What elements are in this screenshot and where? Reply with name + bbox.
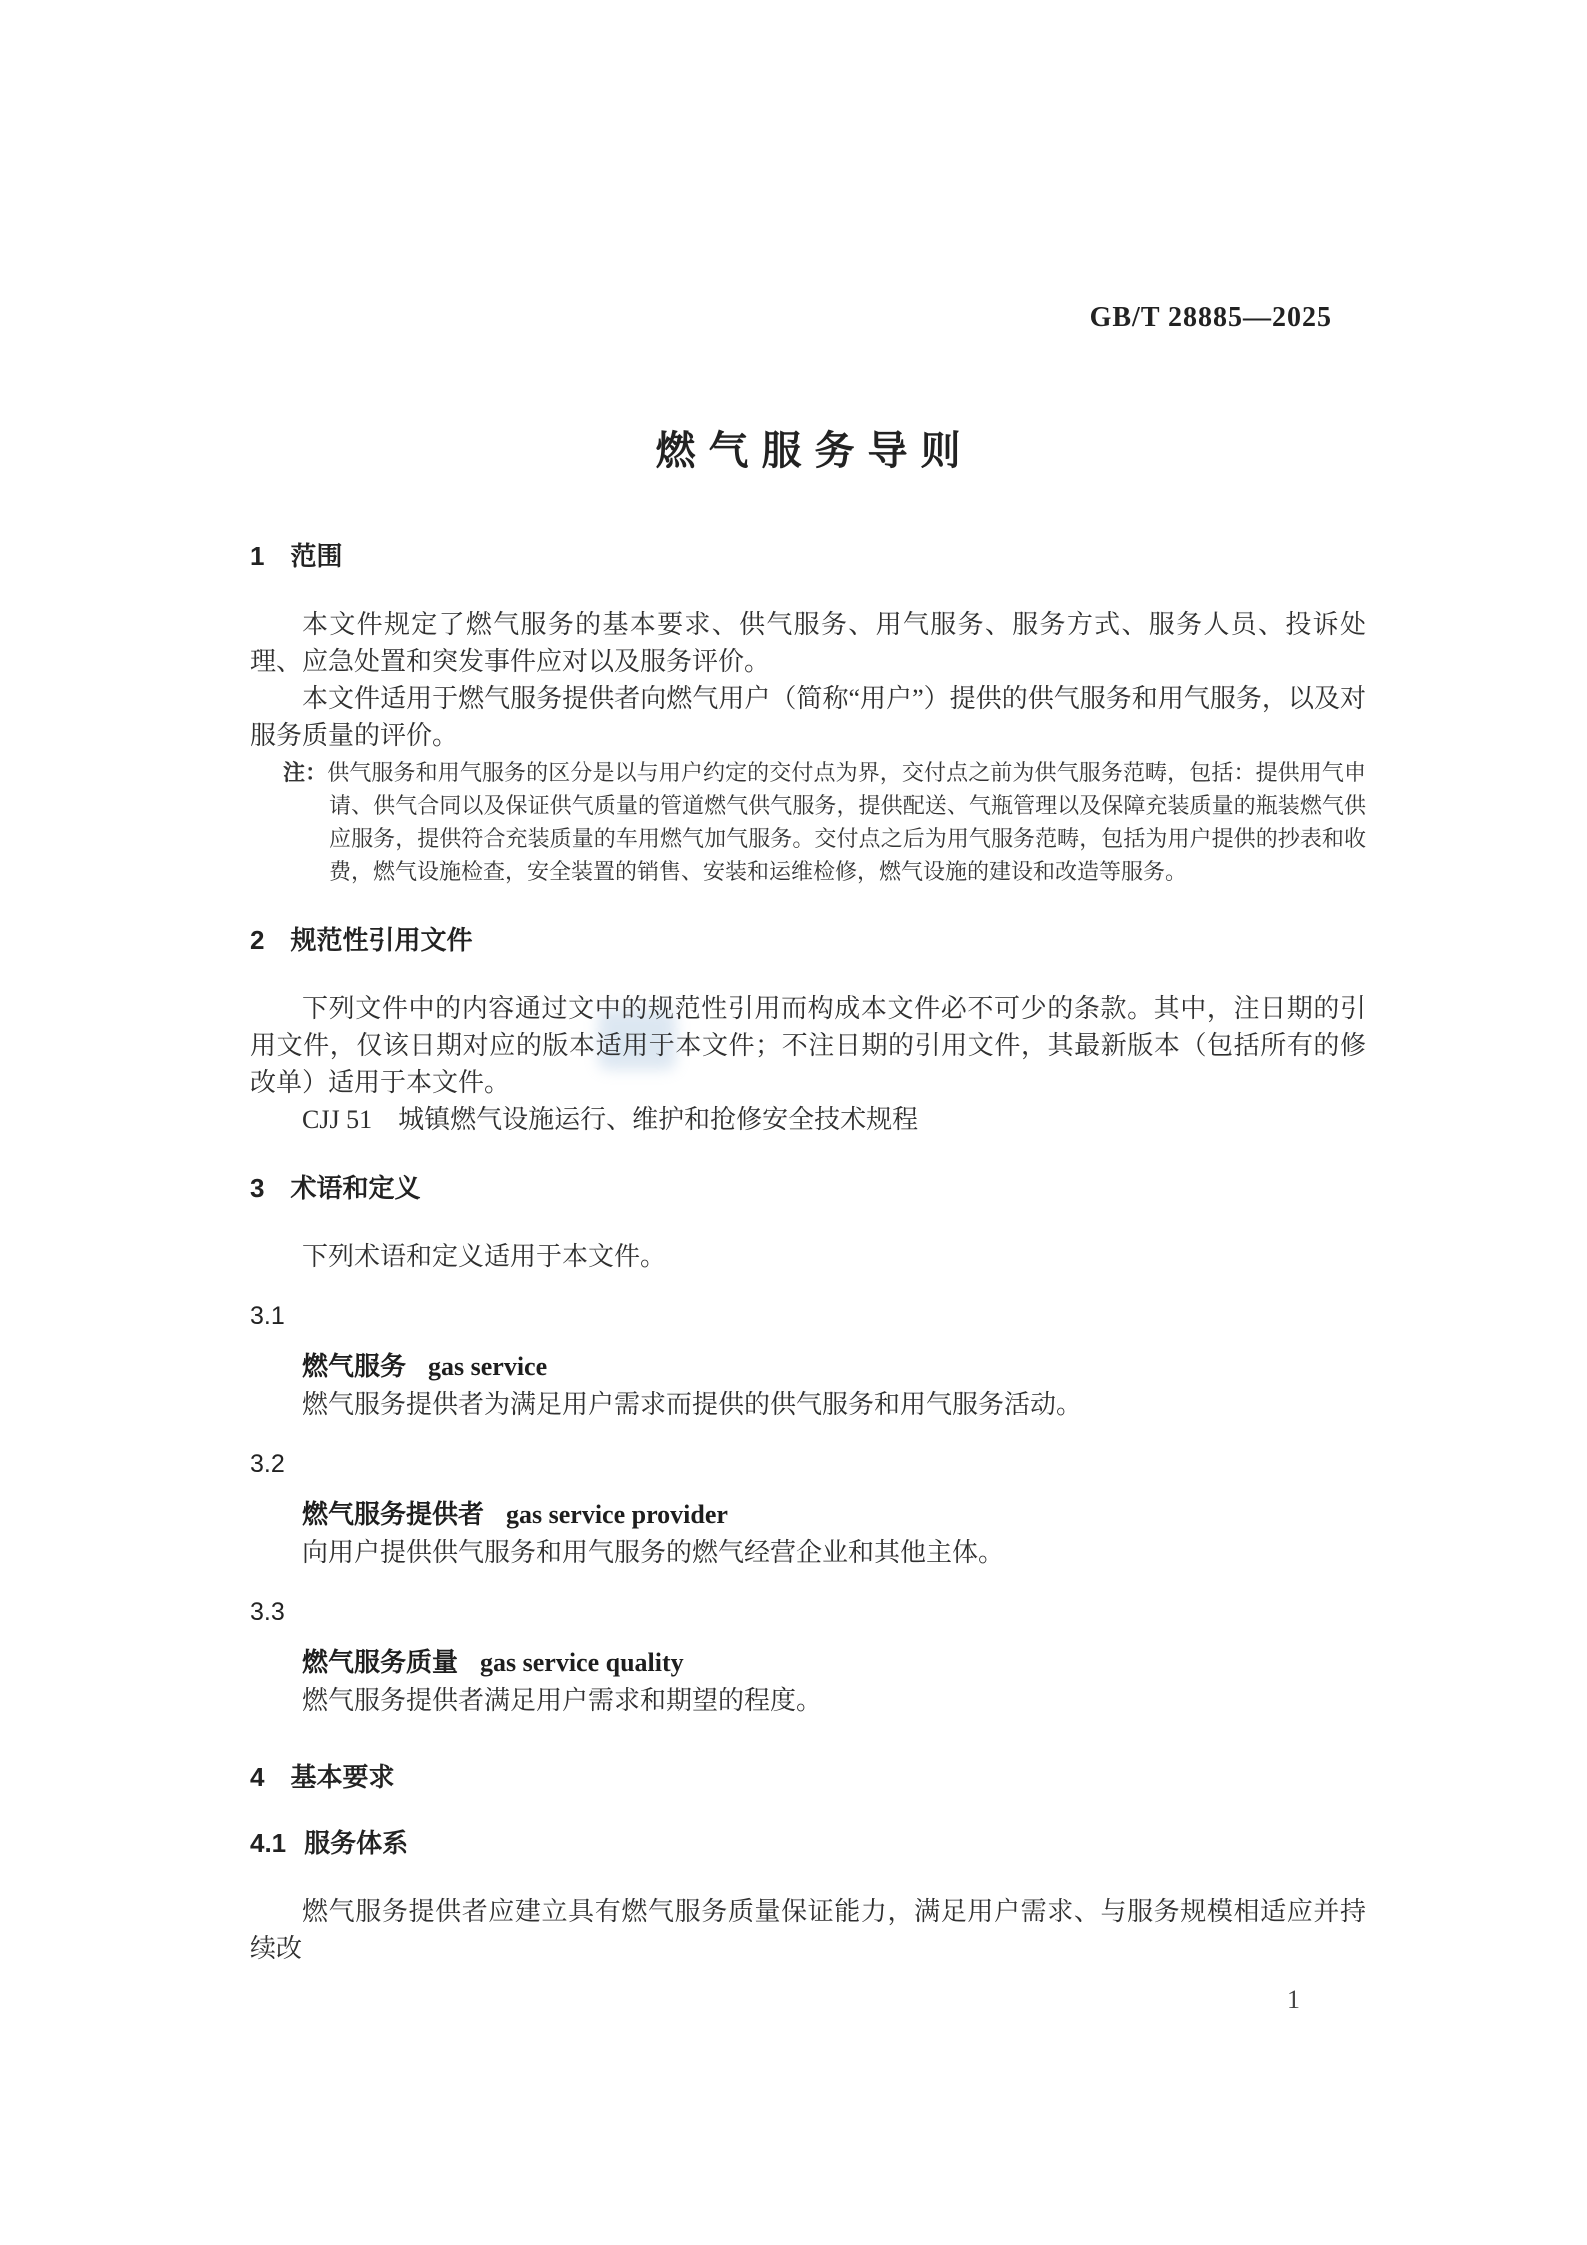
term-3-1-name-zh: 燃气服务: [302, 1351, 406, 1381]
document-page: GB/T 28885—2025 燃气服务导则 1范围 本文件规定了燃气服务的基本…: [0, 0, 1587, 2245]
section-1-number: 1: [250, 538, 264, 574]
term-3-1-number: 3.1: [250, 1299, 1366, 1333]
section-3-heading: 3术语和定义: [250, 1170, 1366, 1206]
service-system-paragraph: 燃气服务提供者应建立具有燃气服务质量保证能力，满足用户需求、与服务规模相适应并持…: [250, 1893, 1366, 1967]
term-3-3-name-zh: 燃气服务质量: [302, 1647, 458, 1677]
term-3-1-name-en: gas service: [428, 1352, 547, 1381]
section-1-title: 范围: [290, 541, 342, 571]
section-4-heading: 4基本要求: [250, 1759, 1366, 1795]
term-3-3-name: 燃气服务质量gas service quality: [250, 1643, 1366, 1682]
term-block-3-2: 3.2 燃气服务提供者gas service provider 向用户提供供气服…: [250, 1447, 1366, 1571]
scope-paragraph-1: 本文件规定了燃气服务的基本要求、供气服务、用气服务、服务方式、服务人员、投诉处理…: [250, 606, 1366, 680]
normative-references-paragraph: 下列文件中的内容通过文中的规范性引用而构成本文件必不可少的条款。其中，注日期的引…: [250, 990, 1366, 1101]
term-3-2-number: 3.2: [250, 1447, 1366, 1481]
term-3-2-definition: 向用户提供供气服务和用气服务的燃气经营企业和其他主体。: [250, 1534, 1366, 1571]
section-2-heading: 2规范性引用文件: [250, 922, 1366, 958]
page-number: 1: [250, 1983, 1366, 2017]
term-3-1-name: 燃气服务gas service: [250, 1347, 1366, 1386]
term-block-3-1: 3.1 燃气服务gas service 燃气服务提供者为满足用户需求而提供的供气…: [250, 1299, 1366, 1423]
section-3-number: 3: [250, 1170, 264, 1206]
term-3-2-name: 燃气服务提供者gas service provider: [250, 1495, 1366, 1534]
term-3-3-name-en: gas service quality: [480, 1648, 684, 1677]
term-3-2-name-zh: 燃气服务提供者: [302, 1499, 484, 1529]
scope-note: 注：供气服务和用气服务的区分是以与用户约定的交付点为界，交付点之前为供气服务范畴…: [283, 756, 1366, 888]
section-4-title: 基本要求: [290, 1762, 394, 1792]
section-1-heading: 1范围: [250, 538, 1366, 574]
terms-intro: 下列术语和定义适用于本文件。: [250, 1238, 1366, 1275]
term-3-1-definition: 燃气服务提供者为满足用户需求而提供的供气服务和用气服务活动。: [250, 1386, 1366, 1423]
term-3-2-name-en: gas service provider: [506, 1500, 728, 1529]
term-block-3-3: 3.3 燃气服务质量gas service quality 燃气服务提供者满足用…: [250, 1595, 1366, 1719]
scope-paragraph-2: 本文件适用于燃气服务提供者向燃气用户（简称“用户”）提供的供气服务和用气服务，以…: [250, 680, 1366, 754]
section-2-number: 2: [250, 922, 264, 958]
page-content: GB/T 28885—2025 燃气服务导则 1范围 本文件规定了燃气服务的基本…: [250, 0, 1366, 2017]
section-4-1-number: 4.1: [250, 1825, 286, 1861]
note-label: 注：: [283, 760, 327, 785]
reference-cjj51: CJJ 51 城镇燃气设施运行、维护和抢修安全技术规程: [250, 1101, 1366, 1138]
section-4-1-heading: 4.1服务体系: [250, 1825, 1366, 1861]
term-3-3-number: 3.3: [250, 1595, 1366, 1629]
section-4-number: 4: [250, 1759, 264, 1795]
document-title: 燃气服务导则: [250, 424, 1366, 478]
note-text: 供气服务和用气服务的区分是以与用户约定的交付点为界，交付点之前为供气服务范畴，包…: [327, 760, 1366, 884]
term-3-3-definition: 燃气服务提供者满足用户需求和期望的程度。: [250, 1682, 1366, 1719]
section-3-title: 术语和定义: [290, 1173, 420, 1203]
standard-number: GB/T 28885—2025: [250, 300, 1366, 336]
section-2-title: 规范性引用文件: [290, 925, 472, 955]
section-4-1-title: 服务体系: [304, 1828, 408, 1858]
